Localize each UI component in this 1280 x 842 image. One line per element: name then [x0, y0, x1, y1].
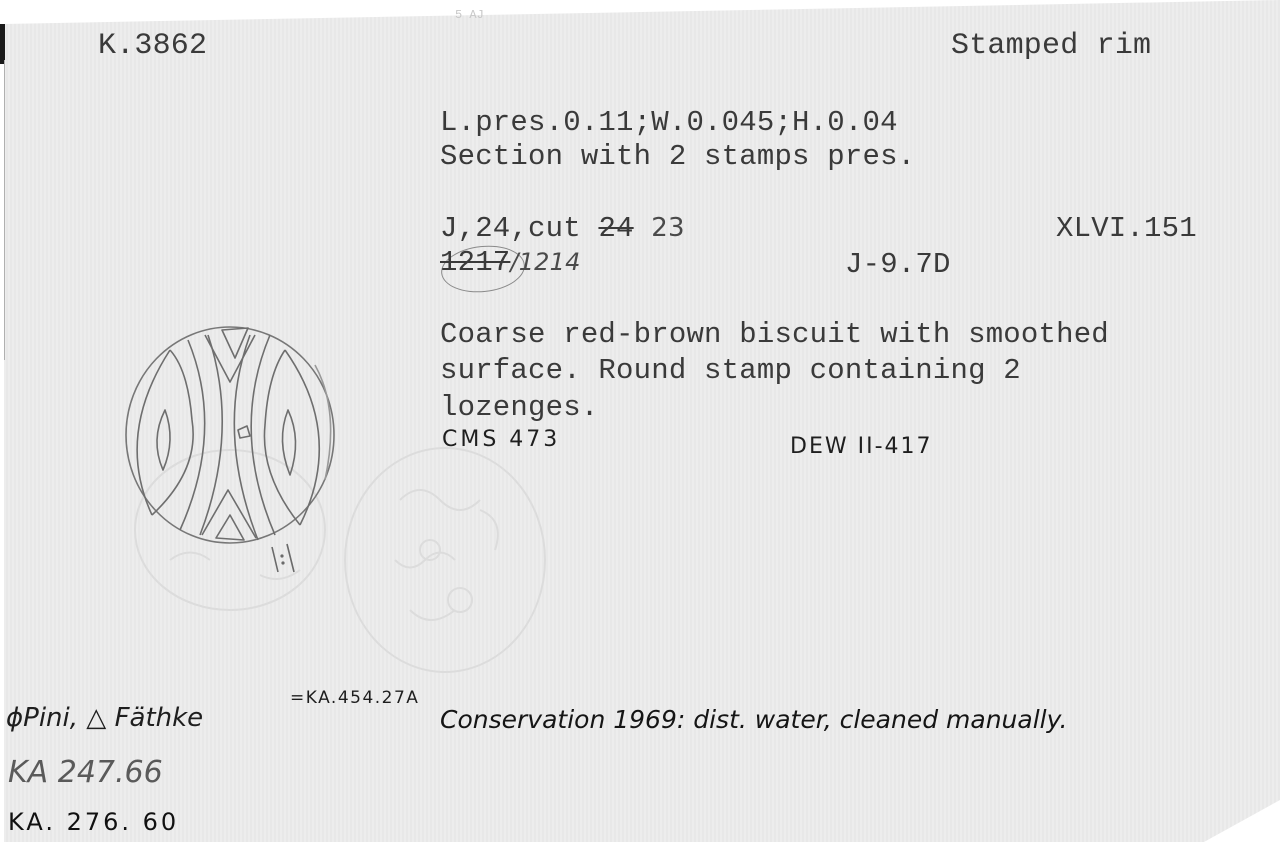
findspot-prefix: J,24,cut [440, 212, 598, 245]
ka-number-1: KA 247.66 [8, 755, 163, 790]
inventory-number: 1217/1214 [440, 244, 581, 281]
card-left-edge-shadow [0, 24, 5, 64]
ka-number-2: KA. 276. 60 [8, 808, 179, 836]
preservation: Section with 2 stamps pres. [440, 138, 915, 175]
inventory-corrected-value: /1214 [510, 248, 580, 276]
photo-symbol: ϕ [6, 703, 23, 733]
draftsman-name: Fäthke [115, 703, 204, 733]
scanned-catalog-card: 5 AJ K.3862 Stamped rim L.pres.0.11;W.0.… [0, 0, 1280, 842]
grid-reference: J-9.7D [845, 246, 951, 283]
dimensions: L.pres.0.11;W.0.045;H.0.04 [440, 104, 898, 141]
object-type: Stamped rim [951, 28, 1151, 65]
plate-reference: XLVI.151 [1056, 210, 1197, 247]
dew-reference: DEW II-417 [790, 434, 933, 459]
findspot-struck-value: 24 [598, 212, 633, 245]
inventory-struck-value: 1217 [440, 246, 510, 279]
catalog-number: K.3862 [98, 28, 207, 65]
stamp-drawing [110, 310, 570, 690]
findspot-corrected-value: 23 [651, 213, 684, 243]
photographer-name: Pini, [23, 703, 78, 733]
drawing-symbol: △ [86, 703, 106, 733]
ka-equivalence: =KA.454.27A [290, 688, 419, 708]
card-left-edge-line [4, 60, 5, 360]
faint-top-mark: 5 AJ [455, 8, 484, 22]
findspot: J,24,cut 24 23 [440, 210, 685, 247]
conservation-note: Conservation 1969: dist. water, cleaned … [440, 705, 1067, 734]
credits-line: ϕPini, △ Fäthke [6, 703, 203, 733]
